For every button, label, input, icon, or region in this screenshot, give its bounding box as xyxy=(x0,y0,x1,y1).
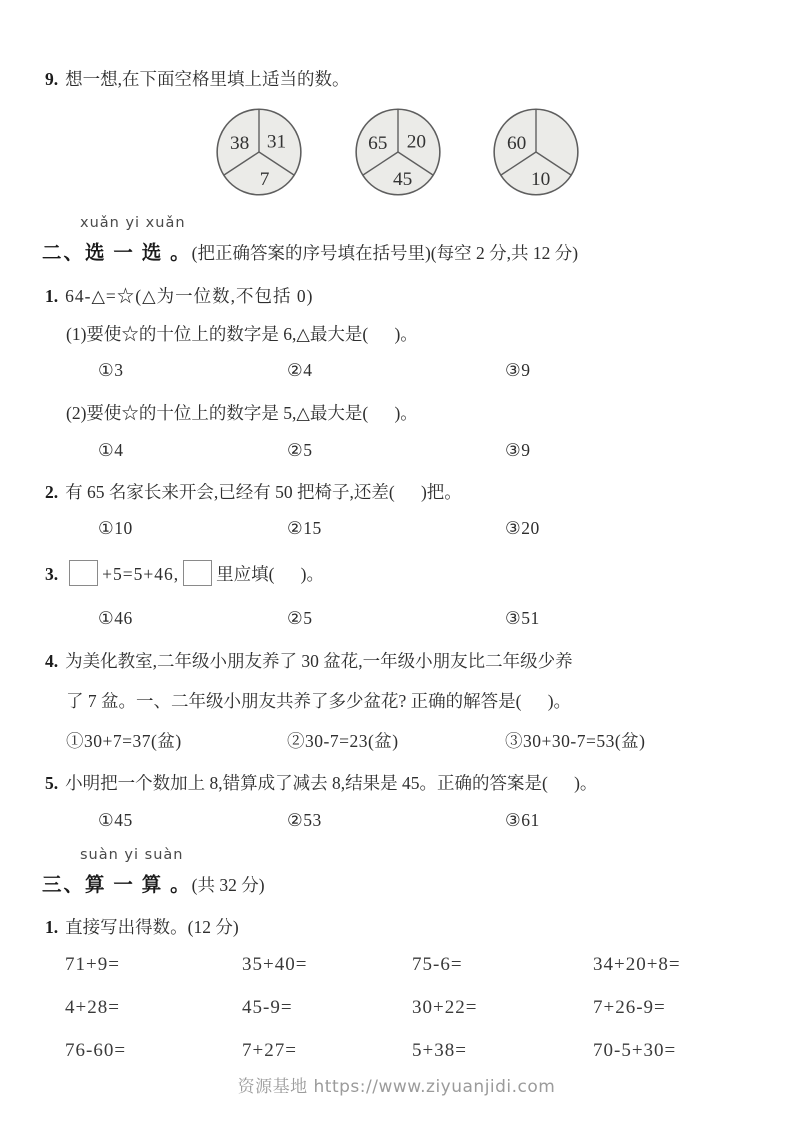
calc-expression: 7+26-9= xyxy=(593,997,666,1019)
section-3-header: 三、算 一 算 。(共 32 分) xyxy=(42,869,265,897)
question-3-text-1: +5=5+46, xyxy=(102,564,179,584)
question-1: 1.64-△=☆(△为一位数,不包括 0) xyxy=(45,283,313,308)
question-4-number: 4. xyxy=(45,651,58,671)
question-5-text: 小明把一个数加上 8,错算成了减去 8,结果是 45。正确的答案是( )。 xyxy=(65,773,597,793)
option-3: ③9 xyxy=(505,440,530,461)
number-circle-2: 65 20 45 xyxy=(352,104,444,200)
section-3-note: (共 32 分) xyxy=(192,875,265,895)
worksheet-page: 9.想一想,在下面空格里填上适当的数。 38 31 7 65 20 45 60 … xyxy=(0,0,793,1122)
circle-1-bottom-value: 7 xyxy=(260,169,270,190)
option-2: ②53 xyxy=(287,810,322,831)
question-9-number: 9. xyxy=(45,69,58,89)
calc-instruction-number: 1. xyxy=(45,917,58,937)
question-3-options: ①46 ②5 ③51 xyxy=(0,608,793,632)
number-circle-3: 60 10 xyxy=(490,104,582,200)
circle-2-left-value: 65 xyxy=(368,133,387,154)
option-1: ①45 xyxy=(98,810,133,831)
question-1-sub-2-options: ①4 ②5 ③9 xyxy=(0,440,793,464)
calc-expression: 71+9= xyxy=(65,954,120,976)
blank-box xyxy=(69,560,98,586)
question-5-number: 5. xyxy=(45,773,58,793)
section-3-title: 三、算 一 算 。 xyxy=(42,875,192,896)
calc-expression: 76-60= xyxy=(65,1040,126,1062)
option-1: ①4 xyxy=(98,440,123,461)
calc-instruction: 1.直接写出得数。(12 分) xyxy=(45,914,239,939)
section-2-title: 二、选 一 选 。 xyxy=(42,243,192,264)
option-3: ③30+30-7=53(盆) xyxy=(505,728,645,753)
question-1-number: 1. xyxy=(45,286,58,306)
calc-row-1: 71+9= 35+40= 75-6= 34+20+8= xyxy=(0,954,793,980)
question-4-options: ①30+7=37(盆) ②30-7=23(盆) ③30+30-7=53(盆) xyxy=(0,728,793,752)
number-circle-1: 38 31 7 xyxy=(213,104,305,200)
calc-row-2: 4+28= 45-9= 30+22= 7+26-9= xyxy=(0,997,793,1023)
question-3: 3.+5=5+46,里应填( )。 xyxy=(45,560,324,586)
section-2-note: (把正确答案的序号填在括号里)(每空 2 分,共 12 分) xyxy=(192,243,578,263)
option-3: ③20 xyxy=(505,518,540,539)
calc-expression: 30+22= xyxy=(412,997,477,1019)
question-4-line-1: 4.为美化教室,二年级小朋友养了 30 盆花,一年级小朋友比二年级少养 xyxy=(45,648,573,673)
calc-row-3: 76-60= 7+27= 5+38= 70-5+30= xyxy=(0,1040,793,1066)
blank-box xyxy=(183,560,212,586)
calc-instruction-text: 直接写出得数。(12 分) xyxy=(65,917,239,937)
question-1-sub-1-options: ①3 ②4 ③9 xyxy=(0,360,793,384)
calc-expression: 35+40= xyxy=(242,954,307,976)
calc-expression: 7+27= xyxy=(242,1040,297,1062)
question-2: 2.有 65 名家长来开会,已经有 50 把椅子,还差( )把。 xyxy=(45,479,462,504)
section-2-header: 二、选 一 选 。(把正确答案的序号填在括号里)(每空 2 分,共 12 分) xyxy=(42,237,578,265)
question-4-line-2: 了 7 盆。一、二年级小朋友共养了多少盆花? 正确的解答是( )。 xyxy=(66,688,571,713)
calc-expression: 5+38= xyxy=(412,1040,467,1062)
section-2-pinyin: xuǎn yi xuǎn xyxy=(80,215,186,231)
watermark-footer: 资源基地 https://www.ziyuanjidi.com xyxy=(0,1072,793,1097)
option-3: ③9 xyxy=(505,360,530,381)
section-3-pinyin: suàn yi suàn xyxy=(80,847,183,863)
question-3-text-2: 里应填( )。 xyxy=(216,564,324,584)
question-2-number: 2. xyxy=(45,482,58,502)
option-2: ②4 xyxy=(287,360,312,381)
question-1-text: 64-△=☆(△为一位数,不包括 0) xyxy=(65,286,313,306)
question-2-options: ①10 ②15 ③20 xyxy=(0,518,793,542)
option-1: ①46 xyxy=(98,608,133,629)
question-5: 5.小明把一个数加上 8,错算成了减去 8,结果是 45。正确的答案是( )。 xyxy=(45,770,597,795)
question-2-text: 有 65 名家长来开会,已经有 50 把椅子,还差( )把。 xyxy=(65,482,462,502)
calc-expression: 4+28= xyxy=(65,997,120,1019)
option-2: ②5 xyxy=(287,608,312,629)
option-1: ①30+7=37(盆) xyxy=(66,728,182,753)
circle-1-right-value: 31 xyxy=(267,131,286,152)
question-3-number: 3. xyxy=(45,564,58,584)
circle-3-bottom-value: 10 xyxy=(531,169,550,190)
option-2: ②30-7=23(盆) xyxy=(287,728,399,753)
question-5-options: ①45 ②53 ③61 xyxy=(0,810,793,834)
calc-expression: 70-5+30= xyxy=(593,1040,676,1062)
question-4-text-1: 为美化教室,二年级小朋友养了 30 盆花,一年级小朋友比二年级少养 xyxy=(65,651,573,671)
option-2: ②15 xyxy=(287,518,322,539)
question-1-sub-1: (1)要使☆的十位上的数字是 6,△最大是( )。 xyxy=(66,321,418,346)
circle-1-left-value: 38 xyxy=(230,133,249,154)
option-3: ③51 xyxy=(505,608,540,629)
question-9-text: 想一想,在下面空格里填上适当的数。 xyxy=(65,69,349,89)
calc-expression: 45-9= xyxy=(242,997,293,1019)
question-9: 9.想一想,在下面空格里填上适当的数。 xyxy=(45,66,350,91)
circle-3-left-value: 60 xyxy=(507,133,526,154)
circle-2-bottom-value: 45 xyxy=(393,169,412,190)
calc-expression: 34+20+8= xyxy=(593,954,681,976)
option-1: ①10 xyxy=(98,518,133,539)
option-2: ②5 xyxy=(287,440,312,461)
question-1-sub-2: (2)要使☆的十位上的数字是 5,△最大是( )。 xyxy=(66,400,418,425)
calc-expression: 75-6= xyxy=(412,954,463,976)
option-3: ③61 xyxy=(505,810,540,831)
option-1: ①3 xyxy=(98,360,123,381)
circle-2-right-value: 20 xyxy=(407,131,426,152)
